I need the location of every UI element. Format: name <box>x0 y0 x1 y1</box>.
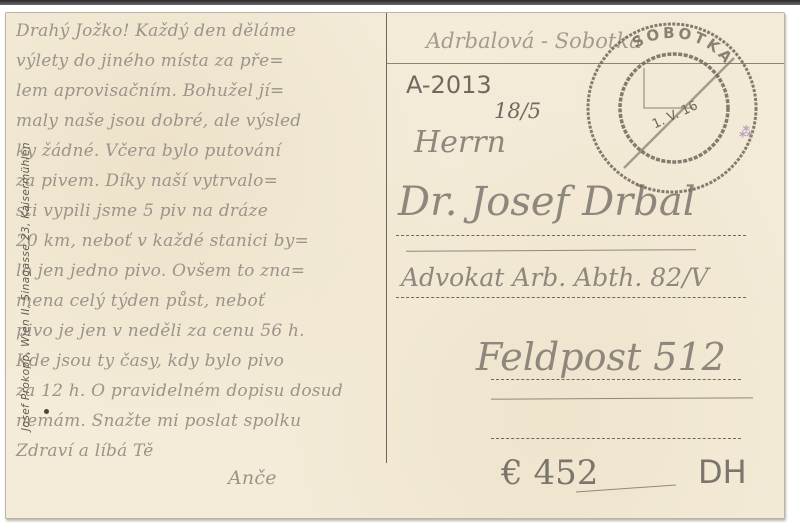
salutation: Herrn <box>414 125 506 160</box>
message-line: Drahý Jožko! Každý den děláme <box>16 21 296 41</box>
archive-number: A-2013 <box>406 71 492 99</box>
postmark-ring-text: SOBOTKA <box>629 24 737 69</box>
message-line: lo jen jedno pivo. Ovšem to zna= <box>16 261 305 281</box>
message-line: sti vypili jsme 5 piv na dráze <box>16 201 268 221</box>
recipient-line-3: Feldpost 512 <box>476 335 726 379</box>
message-line: výlety do jiného místa za pře= <box>16 51 284 71</box>
svg-text:SOBOTKA: SOBOTKA <box>629 24 737 69</box>
purple-ink-mark: ⁂ <box>739 125 753 141</box>
date-note: 18/5 <box>494 99 541 123</box>
address-line-4 <box>491 438 741 439</box>
recipient-line-2: Advokat Arb. Abth. 82/V <box>401 263 709 292</box>
message-line: lem aprovisačním. Bohužel jí= <box>16 81 284 101</box>
message-line: za 12 h. O pravidelném dopisu dosud <box>16 381 343 401</box>
message-line: nemám. Snažte mi poslat spolku <box>16 411 301 431</box>
message-line: Zdraví a líbá Tě <box>16 441 154 461</box>
publisher-imprint: Josef Prokopp, Wien II, Sinagasse 23, Ka… <box>20 142 32 431</box>
dealer-initials: DH <box>698 453 747 491</box>
price-note: € 452 <box>501 453 598 493</box>
postmark-stamp: SOBOTKA 1. V. 16 <box>584 18 760 194</box>
message-line: ky žádné. Včera bylo putování <box>16 141 281 161</box>
pencil-underline <box>491 397 753 399</box>
address-line-2 <box>396 297 746 298</box>
postcard: Drahý Jožko! Každý den děláme výlety do … <box>5 12 785 519</box>
pencil-underline <box>406 249 696 252</box>
address-line-1 <box>396 235 746 236</box>
message-line: za pivem. Díky naší vytrvalo= <box>16 171 278 191</box>
message-line: Kde jsou ty časy, kdy bylo pivo <box>16 351 284 371</box>
message-line: 20 km, neboť v každé stanici by= <box>16 231 309 251</box>
scan-top-edge <box>0 0 800 5</box>
address-line-3 <box>491 379 741 380</box>
center-divider <box>386 13 387 463</box>
message-line: mena celý týden půst, neboť <box>16 291 265 311</box>
ink-dot <box>44 409 49 414</box>
postmark-date: 1. V. 16 <box>650 98 700 132</box>
message-line: maly naše jsou dobré, ale výsled <box>16 111 301 131</box>
message-line: pivo je jen v neděli za cenu 56 h. <box>16 321 305 341</box>
signature: Anče <box>228 467 277 489</box>
